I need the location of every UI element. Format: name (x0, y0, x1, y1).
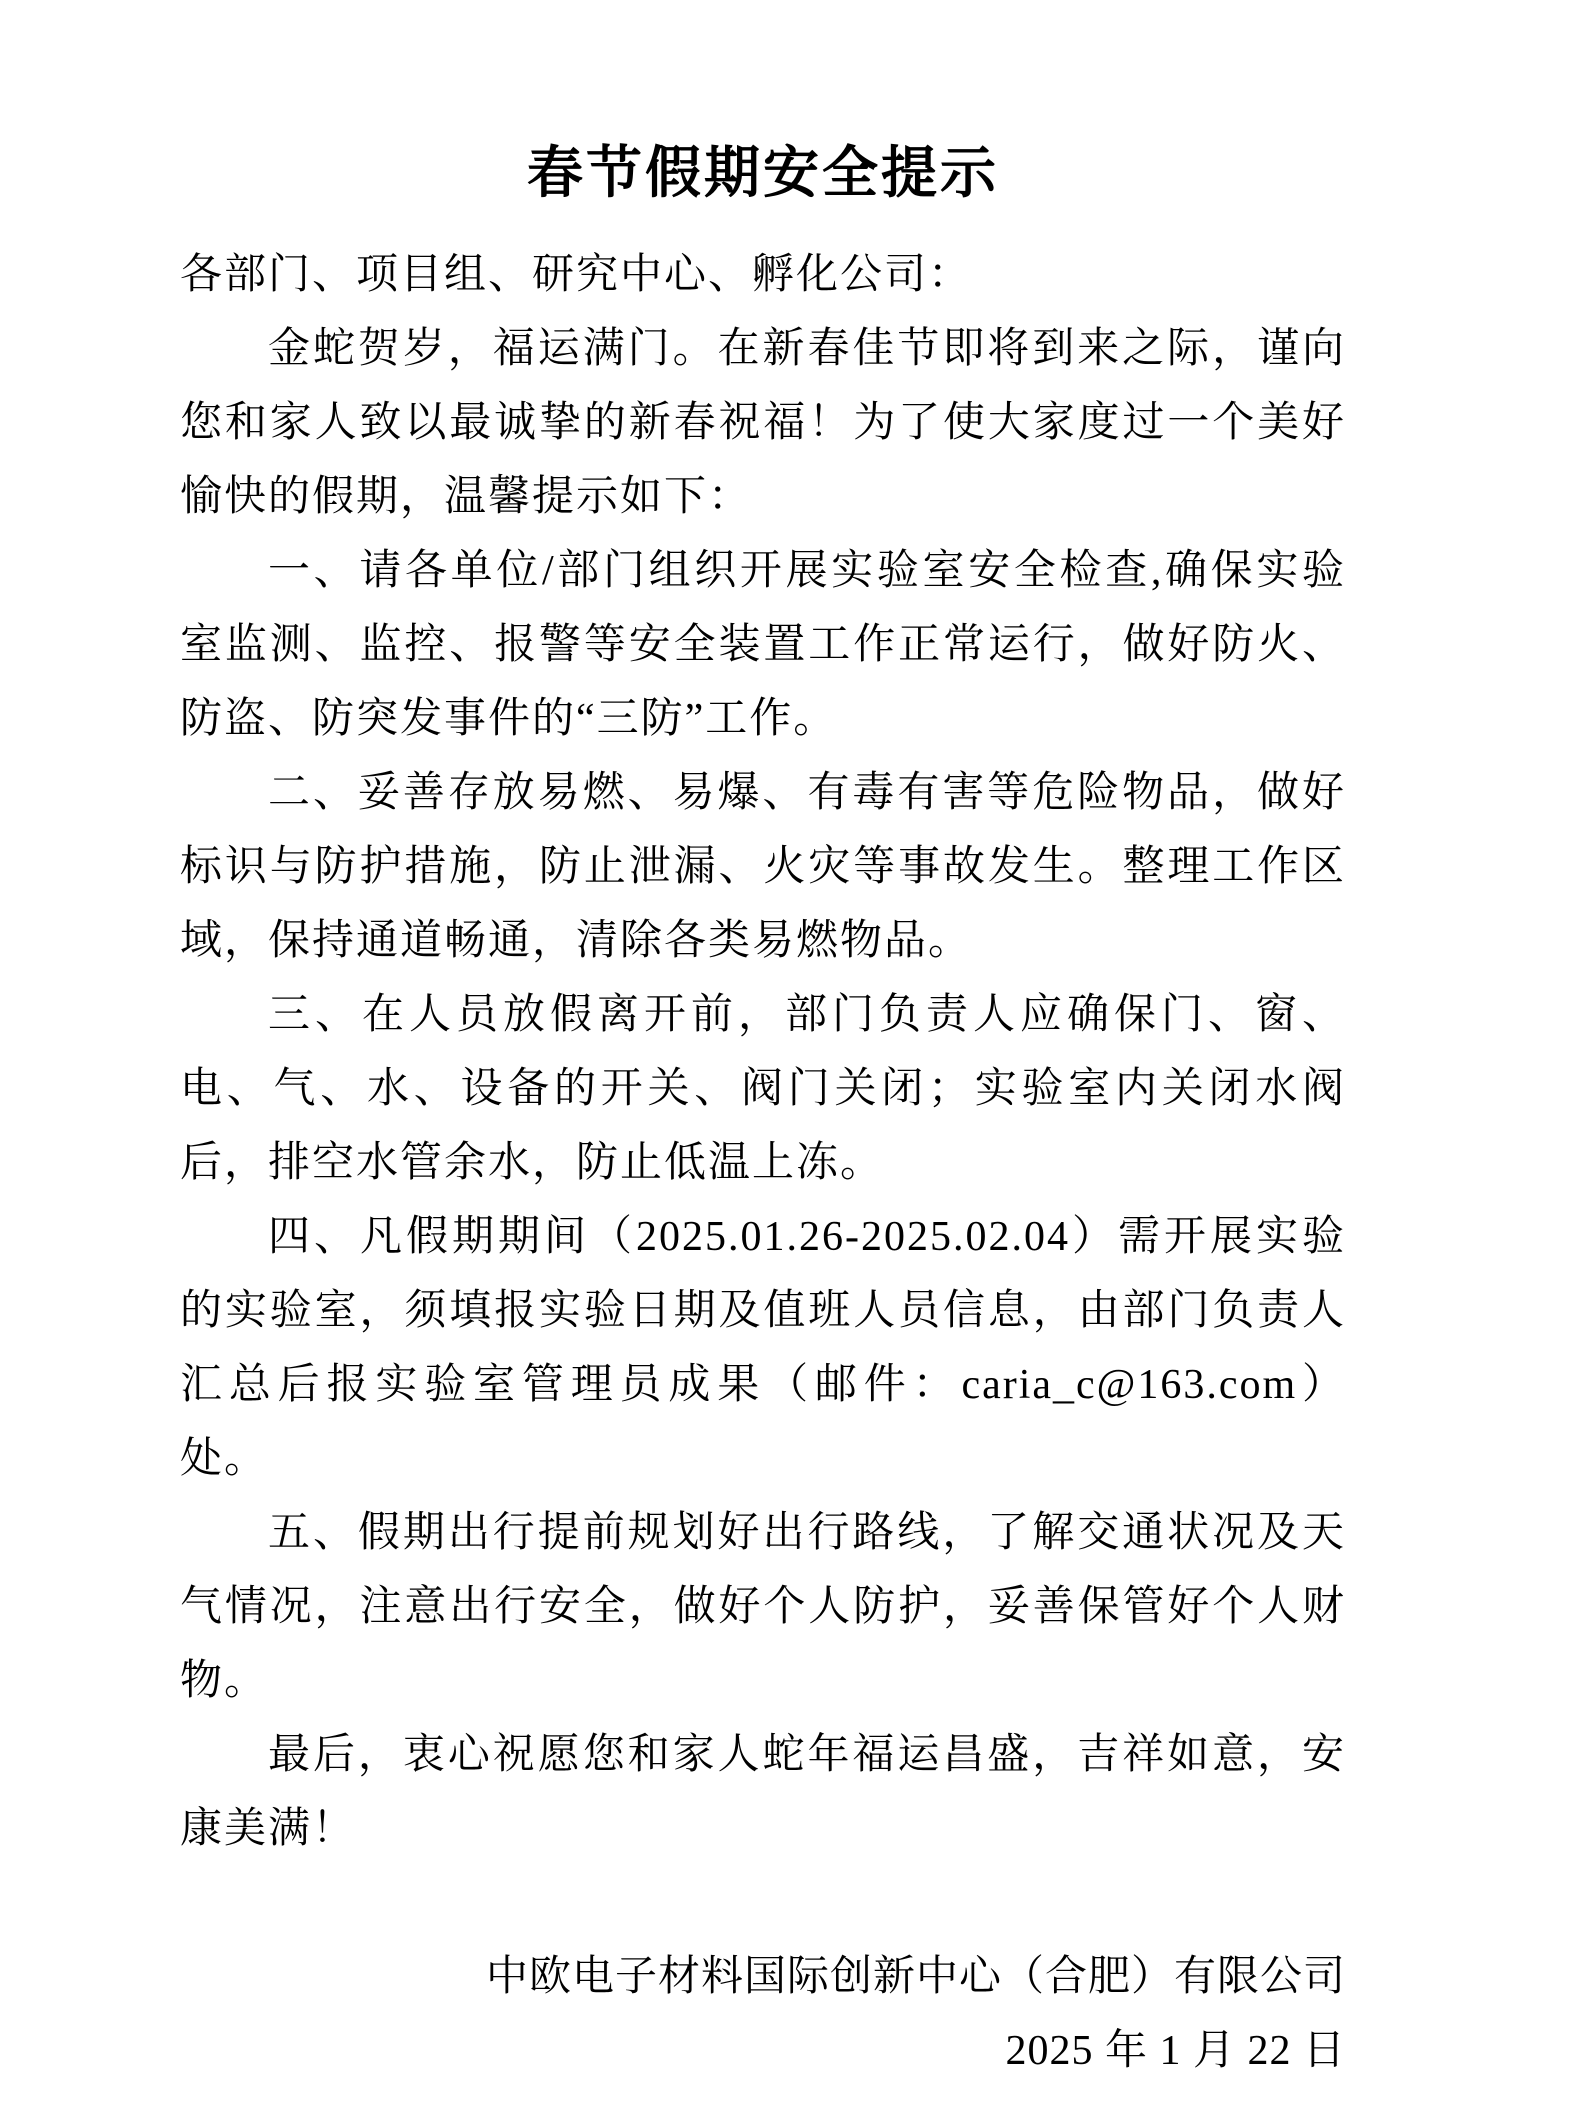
paragraph-item-3: 三、在人员放假离开前，部门负责人应确保门、窗、电、气、水、设备的开关、阀门关闭；… (180, 978, 1346, 1200)
salutation: 各部门、项目组、研究中心、孵化公司： (180, 238, 1346, 312)
signature-date: 2025 年 1 月 22 日 (180, 2014, 1346, 2088)
paragraph-item-2: 二、妥善存放易燃、易爆、有毒有害等危险物品，做好标识与防护措施，防止泄漏、火灾等… (180, 756, 1346, 978)
paragraph-item-1: 一、请各单位/部门组织开展实验室安全检查,确保实验室监测、监控、报警等安全装置工… (180, 534, 1346, 756)
paragraph-closing: 最后，衷心祝愿您和家人蛇年福运昌盛，吉祥如意，安康美满！ (180, 1718, 1346, 1866)
paragraph-item-5: 五、假期出行提前规划好出行路线，了解交通状况及天气情况，注意出行安全，做好个人防… (180, 1496, 1346, 1718)
company-name: 中欧电子材料国际创新中心（合肥）有限公司 (180, 1940, 1346, 2014)
document-title: 春节假期安全提示 (180, 138, 1346, 208)
paragraph-intro: 金蛇贺岁，福运满门。在新春佳节即将到来之际，谨向您和家人致以最诚挚的新春祝福！为… (180, 312, 1346, 534)
paragraph-item-4: 四、凡假期期间（2025.01.26-2025.02.04）需开展实验的实验室，… (180, 1200, 1346, 1496)
notice-document: 春节假期安全提示 各部门、项目组、研究中心、孵化公司： 金蛇贺岁，福运满门。在新… (180, 138, 1346, 2088)
signature-block: 中欧电子材料国际创新中心（合肥）有限公司 2025 年 1 月 22 日 (180, 1940, 1346, 2088)
document-page: 春节假期安全提示 各部门、项目组、研究中心、孵化公司： 金蛇贺岁，福运满门。在新… (0, 0, 1587, 2105)
